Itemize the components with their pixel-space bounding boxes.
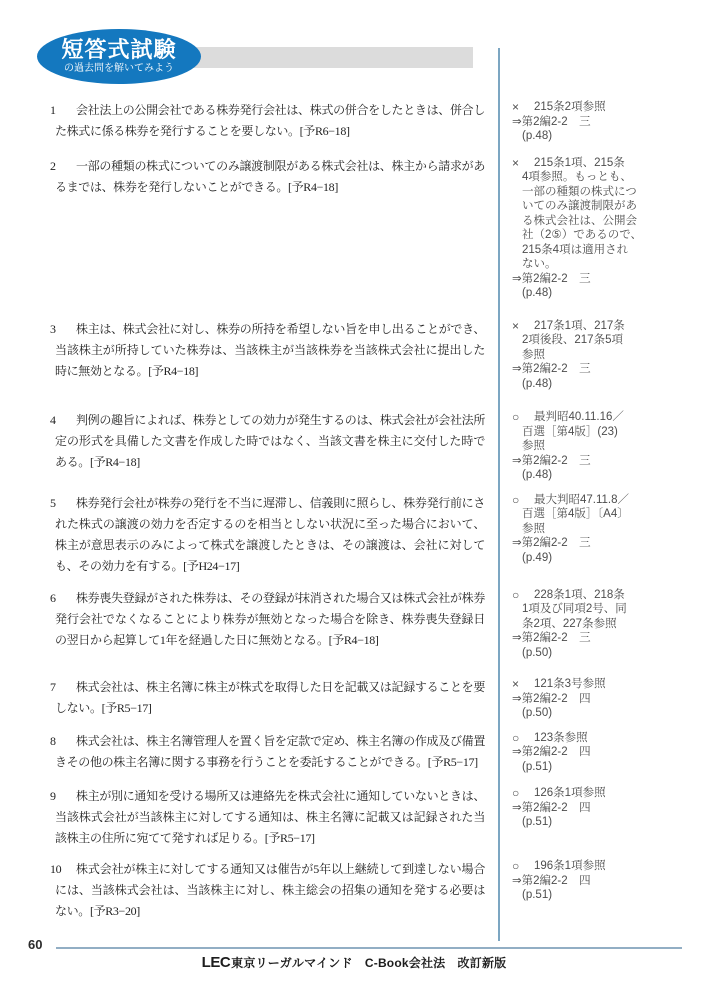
- answer: × 215条2項参照⇒第2編2-2 三(p.48): [512, 100, 702, 144]
- answer: × 217条1項、217条2項後段、217条5項参照⇒第2編2-2 三(p.48…: [512, 319, 702, 392]
- answer-line: 社（2⑤）であるので、: [512, 228, 702, 243]
- question-text: 株主が別に通知を受ける場所又は連絡先を株式会社に通知していないときは、当該株式会…: [48, 786, 485, 849]
- answer-line: (p.50): [512, 646, 702, 661]
- answer-line: (p.51): [512, 888, 702, 903]
- question-number: 9: [50, 786, 56, 807]
- answer-line: ⇒第2編2-2 三: [512, 631, 702, 646]
- question: 5 株券発行会社が株券の発行を不当に遅滞し、信義則に照らし、株券発行前にされた株…: [48, 493, 485, 577]
- answer-line: 最大判昭47.11.8／: [512, 493, 702, 508]
- answer-lines: 215条2項参照⇒第2編2-2 三(p.48): [512, 100, 702, 144]
- answer-verdict-mark: ×: [512, 677, 519, 692]
- answer-line: 196条1項参照: [512, 859, 702, 874]
- question-number: 8: [50, 731, 56, 752]
- question-text: 株券発行会社が株券の発行を不当に遅滞し、信義則に照らし、株券発行前にされた株式の…: [48, 493, 485, 577]
- question: 3 株主は、株式会社に対し、株券の所持を希望しない旨を申し出ることができ、当該株…: [48, 319, 485, 382]
- answer-line: ⇒第2編2-2 四: [512, 801, 702, 816]
- answer-line: 条2項、227条参照: [512, 617, 702, 632]
- answer: × 121条3号参照⇒第2編2-2 四(p.50): [512, 677, 702, 721]
- answer-line: 1項及び同項2号、同: [512, 602, 702, 617]
- answer-line: 215条1項、215条: [512, 156, 702, 171]
- answer-line: 228条1項、218条: [512, 588, 702, 603]
- qa-row: 5 株券発行会社が株券の発行を不当に遅滞し、信義則に照らし、株券発行前にされた株…: [0, 493, 708, 577]
- answer-line: 最判昭40.11.16／: [512, 410, 702, 425]
- answer-line: 126条1項参照: [512, 786, 702, 801]
- question-number: 4: [50, 410, 56, 431]
- question: 6 株券喪失登録がされた株券は、その登録が抹消された場合又は株式会社が株券発行会…: [48, 588, 485, 651]
- question: 9 株主が別に通知を受ける場所又は連絡先を株式会社に通知していないときは、当該株…: [48, 786, 485, 849]
- question-text: 株式会社は、株主名簿管理人を置く旨を定款で定め、株主名簿の作成及び備置きその他の…: [48, 731, 485, 773]
- answer-line: 4項参照。もっとも、: [512, 170, 702, 185]
- page-number: 60: [28, 937, 42, 952]
- imprint-text: 東京リーガルマインド C-Book会社法 改訂新版: [231, 956, 506, 970]
- question-number: 7: [50, 677, 56, 698]
- qa-rows: 1 会社法上の公開会社である株券発行会社は、株式の併合をしたときは、併合した株式…: [0, 100, 708, 934]
- answer: ○ 最大判昭47.11.8／百選［第4版］〔A4〕参照⇒第2編2-2 三(p.4…: [512, 493, 702, 566]
- answer-verdict-mark: ○: [512, 410, 519, 425]
- answer-line: 参照: [512, 348, 702, 363]
- badge-subtitle: の過去問を解いてみよう: [64, 63, 174, 75]
- qa-row: 1 会社法上の公開会社である株券発行会社は、株式の併合をしたときは、併合した株式…: [0, 100, 708, 144]
- answer-line: 参照: [512, 522, 702, 537]
- answer-line: ⇒第2編2-2 三: [512, 115, 702, 130]
- answer-line: 215条2項参照: [512, 100, 702, 115]
- badge-title: 短答式試験: [61, 38, 176, 62]
- answer-verdict-mark: ×: [512, 319, 519, 334]
- answer-line: 百選［第4版］(23): [512, 425, 702, 440]
- answer: ○ 最判昭40.11.16／百選［第4版］(23)参照⇒第2編2-2 三(p.4…: [512, 410, 702, 483]
- tantoshiki-exam-badge: 短答式試験 の過去問を解いてみよう: [37, 29, 201, 84]
- answer-line: ⇒第2編2-2 四: [512, 874, 702, 889]
- answer-verdict-mark: ○: [512, 493, 519, 508]
- answer-verdict-mark: ×: [512, 156, 519, 171]
- question: 8 株式会社は、株主名簿管理人を置く旨を定款で定め、株主名簿の作成及び備置きその…: [48, 731, 485, 773]
- qa-row: 3 株主は、株式会社に対し、株券の所持を希望しない旨を申し出ることができ、当該株…: [0, 319, 708, 392]
- answer-line: る株式会社は、公開会: [512, 214, 702, 229]
- qa-row: 9 株主が別に通知を受ける場所又は連絡先を株式会社に通知していないときは、当該株…: [0, 786, 708, 849]
- answer-verdict-mark: ○: [512, 588, 519, 603]
- answer: ○ 228条1項、218条1項及び同項2号、同条2項、227条参照⇒第2編2-2…: [512, 588, 702, 661]
- answer-verdict-mark: ○: [512, 859, 519, 874]
- answer-lines: 121条3号参照⇒第2編2-2 四(p.50): [512, 677, 702, 721]
- question: 7 株式会社は、株主名簿に株主が株式を取得した日を記載又は記録することを要しない…: [48, 677, 485, 719]
- answer: ○ 123条参照⇒第2編2-2 四(p.51): [512, 731, 702, 775]
- answer-line: 一部の種類の株式につ: [512, 185, 702, 200]
- qa-row: 2 一部の種類の株式についてのみ譲渡制限がある株式会社は、株主から請求があるまで…: [0, 156, 708, 301]
- question-text: 株式会社が株主に対してする通知又は催告が5年以上継続して到達しない場合には、当該…: [48, 859, 485, 922]
- question: 4 判例の趣旨によれば、株券としての効力が発生するのは、株式会社が会社法所定の形…: [48, 410, 485, 473]
- answer-line: ⇒第2編2-2 三: [512, 454, 702, 469]
- question: 10 株式会社が株主に対してする通知又は催告が5年以上継続して到達しない場合には…: [48, 859, 485, 922]
- answer-line: 217条1項、217条: [512, 319, 702, 334]
- footer-rule-line: [56, 947, 682, 949]
- answer-verdict-mark: ○: [512, 786, 519, 801]
- answer-line: (p.48): [512, 286, 702, 301]
- qa-row: 7 株式会社は、株主名簿に株主が株式を取得した日を記載又は記録することを要しない…: [0, 677, 708, 721]
- answer-line: 215条4項は適用され: [512, 243, 702, 258]
- answer-lines: 228条1項、218条1項及び同項2号、同条2項、227条参照⇒第2編2-2 三…: [512, 588, 702, 661]
- answer-lines: 最大判昭47.11.8／百選［第4版］〔A4〕参照⇒第2編2-2 三(p.49): [512, 493, 702, 566]
- answer-line: 百選［第4版］〔A4〕: [512, 507, 702, 522]
- question: 2 一部の種類の株式についてのみ譲渡制限がある株式会社は、株主から請求があるまで…: [48, 156, 485, 198]
- answer-line: (p.48): [512, 468, 702, 483]
- question-text: 株主は、株式会社に対し、株券の所持を希望しない旨を申し出ることができ、当該株主が…: [48, 319, 485, 382]
- answer-line: (p.51): [512, 760, 702, 775]
- answer-line: (p.50): [512, 706, 702, 721]
- answer-verdict-mark: ○: [512, 731, 519, 746]
- answer-line: 参照: [512, 439, 702, 454]
- question-number: 6: [50, 588, 56, 609]
- answer-line: ⇒第2編2-2 三: [512, 362, 702, 377]
- answer: ○ 126条1項参照⇒第2編2-2 四(p.51): [512, 786, 702, 830]
- column-separator-line: [498, 48, 500, 941]
- answer-line: ⇒第2編2-2 四: [512, 745, 702, 760]
- answer-lines: 196条1項参照⇒第2編2-2 四(p.51): [512, 859, 702, 903]
- answer-line: いてのみ譲渡制限があ: [512, 199, 702, 214]
- answer-verdict-mark: ×: [512, 100, 519, 115]
- qa-row: 4 判例の趣旨によれば、株券としての効力が発生するのは、株式会社が会社法所定の形…: [0, 410, 708, 483]
- question-text: 株式会社は、株主名簿に株主が株式を取得した日を記載又は記録することを要しない。[…: [48, 677, 485, 719]
- answer-line: 2項後段、217条5項: [512, 333, 702, 348]
- question-text: 一部の種類の株式についてのみ譲渡制限がある株式会社は、株主から請求があるまでは、…: [48, 156, 485, 198]
- answer-lines: 123条参照⇒第2編2-2 四(p.51): [512, 731, 702, 775]
- question-text: 判例の趣旨によれば、株券としての効力が発生するのは、株式会社が会社法所定の形式を…: [48, 410, 485, 473]
- answer: × 215条1項、215条4項参照。もっとも、一部の種類の株式についてのみ譲渡制…: [512, 156, 702, 301]
- answer-lines: 215条1項、215条4項参照。もっとも、一部の種類の株式についてのみ譲渡制限が…: [512, 156, 702, 301]
- question-number: 3: [50, 319, 56, 340]
- answer-lines: 126条1項参照⇒第2編2-2 四(p.51): [512, 786, 702, 830]
- question-number: 10: [50, 859, 61, 880]
- footer-imprint: LEC東京リーガルマインド C-Book会社法 改訂新版: [0, 954, 708, 971]
- answer-line: (p.49): [512, 551, 702, 566]
- textbook-page: { "header": { "badge_title": "短答式試験", "b…: [0, 0, 708, 1000]
- question-text: 会社法上の公開会社である株券発行会社は、株式の併合をしたときは、併合した株式に係…: [48, 100, 485, 142]
- answer-line: ⇒第2編2-2 三: [512, 536, 702, 551]
- answer-line: ⇒第2編2-2 四: [512, 692, 702, 707]
- answer-line: ない。: [512, 257, 702, 272]
- answer-lines: 217条1項、217条2項後段、217条5項参照⇒第2編2-2 三(p.48): [512, 319, 702, 392]
- answer-lines: 最判昭40.11.16／百選［第4版］(23)参照⇒第2編2-2 三(p.48): [512, 410, 702, 483]
- answer: ○ 196条1項参照⇒第2編2-2 四(p.51): [512, 859, 702, 903]
- answer-line: 123条参照: [512, 731, 702, 746]
- qa-row: 6 株券喪失登録がされた株券は、その登録が抹消された場合又は株式会社が株券発行会…: [0, 588, 708, 661]
- question-number: 1: [50, 100, 56, 121]
- question-number: 2: [50, 156, 56, 177]
- answer-line: 121条3号参照: [512, 677, 702, 692]
- qa-row: 10 株式会社が株主に対してする通知又は催告が5年以上継続して到達しない場合には…: [0, 859, 708, 922]
- answer-line: (p.48): [512, 129, 702, 144]
- question: 1 会社法上の公開会社である株券発行会社は、株式の併合をしたときは、併合した株式…: [48, 100, 485, 142]
- answer-line: (p.48): [512, 377, 702, 392]
- question-text: 株券喪失登録がされた株券は、その登録が抹消された場合又は株式会社が株券発行会社で…: [48, 588, 485, 651]
- question-number: 5: [50, 493, 56, 514]
- qa-row: 8 株式会社は、株主名簿管理人を置く旨を定款で定め、株主名簿の作成及び備置きその…: [0, 731, 708, 775]
- lec-logo: LEC: [202, 954, 231, 971]
- answer-line: ⇒第2編2-2 三: [512, 272, 702, 287]
- answer-line: (p.51): [512, 815, 702, 830]
